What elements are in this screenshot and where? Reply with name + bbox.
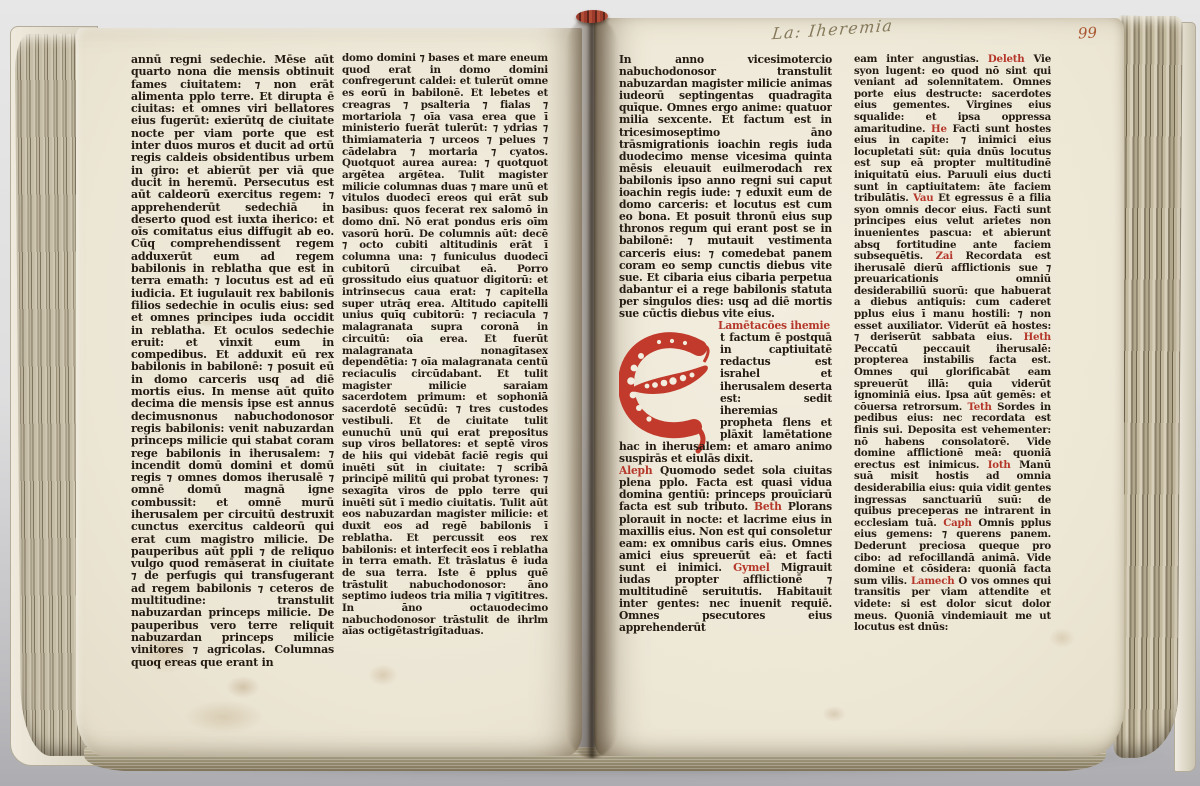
illuminated-initial-e xyxy=(619,335,713,437)
hebrew-letter-rubric: Heth xyxy=(1024,331,1051,343)
handwritten-header-annotation: La: Iheremia xyxy=(771,16,894,44)
hebrew-letter-rubric: Gymel xyxy=(733,561,781,574)
text-column-4: eam inter angustias. Deleth Vie syon lug… xyxy=(854,54,1051,674)
hebrew-letter-rubric: Zai xyxy=(936,250,966,262)
illuminated-initial-e-icon xyxy=(619,335,713,437)
foxing-stain xyxy=(184,700,264,734)
lamentations-verses-text: Aleph Quomodo sedet sola ciuitas plena p… xyxy=(619,465,832,634)
jeremiah-ending-text: In anno vicesimotercio nabuchodonosor tr… xyxy=(619,54,832,320)
hebrew-letter-rubric: He xyxy=(931,123,952,135)
foxing-stain xyxy=(226,676,260,698)
photo-backdrop: annū regni sedechie. Mēse aūt quarto non… xyxy=(0,0,1200,786)
body-text-segment: domo domini ⁊ bases et mare eneum quod e… xyxy=(342,53,548,637)
hebrew-letter-rubric: Caph xyxy=(943,517,978,529)
body-text-segment: eam inter angustias. xyxy=(854,54,988,65)
text-column-1: annū regni sedechie. Mēse aūt quarto non… xyxy=(131,54,334,670)
body-text-segment: Recordata est iherusalē dierū affliction… xyxy=(854,250,1051,343)
gutter-shadow xyxy=(566,16,618,758)
hebrew-letter-rubric: Aleph xyxy=(619,464,660,477)
body-text-segment: In anno vicesimotercio nabuchodonosor tr… xyxy=(619,54,832,320)
hebrew-letter-rubric: Deleth xyxy=(988,54,1034,65)
text-column-3: In anno vicesimotercio nabuchodonosor tr… xyxy=(619,54,832,672)
right-page: La: Iheremia 99 In anno vicesimotercio n… xyxy=(594,18,1124,756)
foxing-stain xyxy=(1049,628,1075,648)
hebrew-letter-rubric: Teth xyxy=(968,401,998,413)
foxing-stain xyxy=(822,706,846,722)
hebrew-letter-rubric: Vau xyxy=(913,192,938,204)
folio-number: 99 xyxy=(1078,24,1098,43)
left-page: annū regni sedechie. Mēse aūt quarto non… xyxy=(76,28,582,756)
lamentations-prologue: t factum ē postquā in captiuitatē redact… xyxy=(619,332,832,465)
hebrew-letter-rubric: Ioth xyxy=(988,459,1019,471)
hebrew-letter-rubric: Lamech xyxy=(911,575,958,587)
text-column-2: domo domini ⁊ bases et mare eneum quod e… xyxy=(342,53,548,673)
body-text-segment: annū regni sedechie. Mēse aūt quarto non… xyxy=(131,54,334,669)
hebrew-letter-rubric: Beth xyxy=(754,500,788,513)
